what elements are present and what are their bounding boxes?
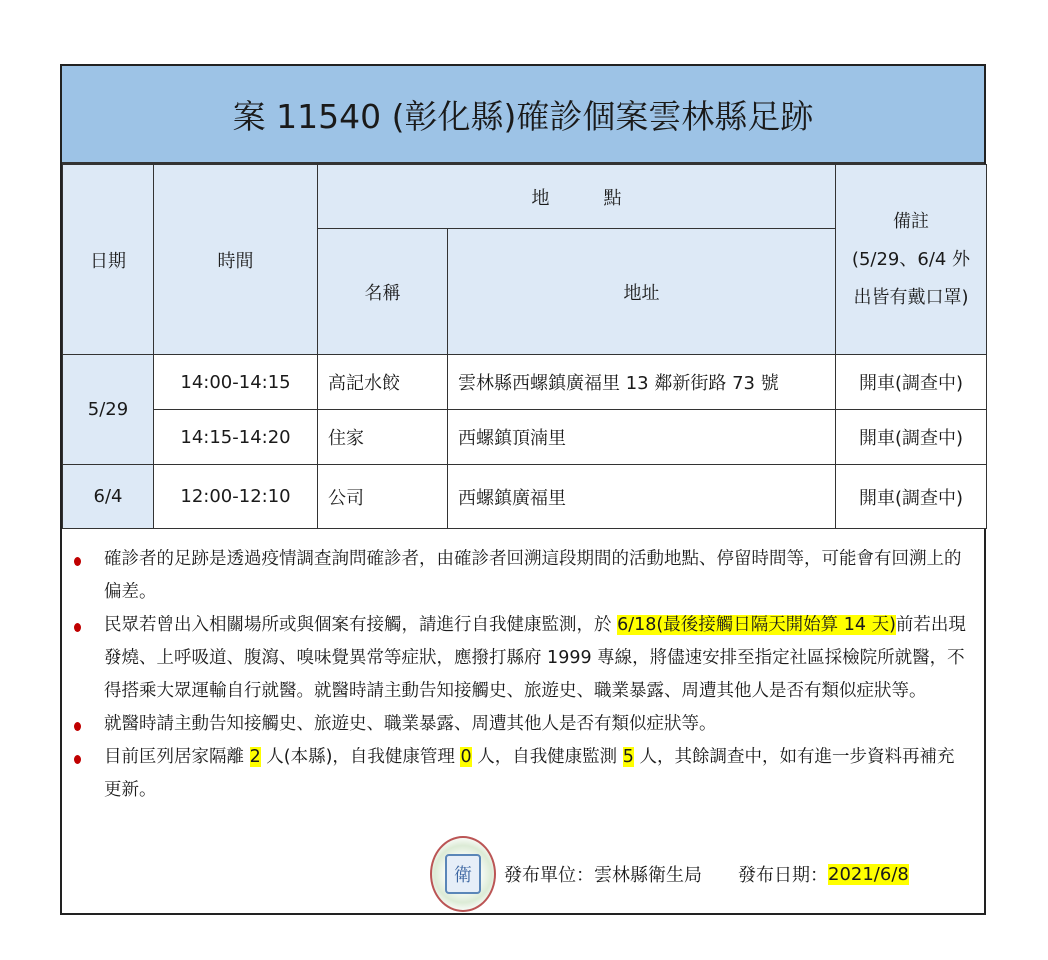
bullet-icon [74, 623, 81, 632]
address-cell: 西螺鎮廣福里 [448, 465, 836, 529]
header-date: 日期 [63, 165, 154, 355]
bullet-icon [74, 722, 81, 731]
address-cell: 雲林縣西螺鎮廣福里 13 鄰新街路 73 號 [448, 355, 836, 410]
time-cell: 12:00-12:10 [154, 465, 318, 529]
footprint-table: 日期 時間 地 點 備註 (5/29、6/4 外 出皆有戴口罩) 名稱 地址 5… [62, 164, 987, 529]
header-time: 時間 [154, 165, 318, 355]
page-title: 案 11540 (彰化縣)確診個案雲林縣足跡 [62, 66, 984, 164]
publish-date: 2021/6/8 [828, 864, 909, 885]
isolation-count: 2 [250, 747, 261, 767]
health-bureau-seal-icon: 衛 [430, 836, 496, 912]
publisher-footer: 衛 發布單位：雲林縣衛生局 發布日期：2021/6/8 [430, 836, 909, 912]
header-address: 地址 [448, 229, 836, 355]
publisher-label: 發布單位：雲林縣衛生局 [504, 861, 702, 887]
name-cell: 高記水餃 [318, 355, 448, 410]
remark-cell: 開車(調查中) [836, 465, 987, 529]
note-text: 人(本縣)，自我健康管理 [261, 747, 461, 767]
table-row: 5/29 14:00-14:15 高記水餃 雲林縣西螺鎮廣福里 13 鄰新街路 … [63, 355, 987, 410]
note-text: 就醫時請主動告知接觸史、旅遊史、職業暴露、周遭其他人是否有類似症狀等。 [104, 714, 717, 734]
highlighted-date: 6/18(最後接觸日隔天開始算 14 天) [617, 615, 896, 635]
note-item: 確診者的足跡是透過疫情調查詢問確診者，由確診者回溯這段期間的活動地點、停留時間等… [74, 543, 984, 609]
remark-note-line1: (5/29、6/4 外 [836, 241, 986, 279]
table-row: 6/4 12:00-12:10 公司 西螺鎮廣福里 開車(調查中) [63, 465, 987, 529]
remark-cell: 開車(調查中) [836, 355, 987, 410]
health-monitoring-count: 5 [623, 747, 634, 767]
remark-cell: 開車(調查中) [836, 410, 987, 465]
notes-list: 確診者的足跡是透過疫情調查詢問確診者，由確診者回溯這段期間的活動地點、停留時間等… [62, 529, 984, 807]
table-row: 14:15-14:20 住家 西螺鎮頂湳里 開車(調查中) [63, 410, 987, 465]
date-cell: 5/29 [63, 355, 154, 465]
header-name: 名稱 [318, 229, 448, 355]
date-cell: 6/4 [63, 465, 154, 529]
note-text: 確診者的足跡是透過疫情調查詢問確診者，由確診者回溯這段期間的活動地點、停留時間等… [104, 549, 962, 602]
seal-glyph: 衛 [445, 854, 481, 894]
remark-title: 備註 [836, 203, 986, 241]
time-cell: 14:00-14:15 [154, 355, 318, 410]
note-item: 目前匡列居家隔離 2 人(本縣)，自我健康管理 0 人，自我健康監測 5 人，其… [74, 741, 984, 807]
header-location: 地 點 [318, 165, 836, 229]
bullet-icon [74, 557, 81, 566]
note-item: 就醫時請主動告知接觸史、旅遊史、職業暴露、周遭其他人是否有類似症狀等。 [74, 708, 984, 741]
time-cell: 14:15-14:20 [154, 410, 318, 465]
name-cell: 住家 [318, 410, 448, 465]
remark-note-line2: 出皆有戴口罩) [836, 279, 986, 317]
note-text: 民眾若曾出入相關場所或與個案有接觸，請進行自我健康監測，於 [104, 615, 617, 635]
address-cell: 西螺鎮頂湳里 [448, 410, 836, 465]
name-cell: 公司 [318, 465, 448, 529]
header-remark: 備註 (5/29、6/4 外 出皆有戴口罩) [836, 165, 987, 355]
footprint-notice: 案 11540 (彰化縣)確診個案雲林縣足跡 日期 時間 地 點 備註 (5/2… [60, 64, 986, 915]
health-management-count: 0 [460, 747, 471, 767]
note-text: 人，自我健康監測 [472, 747, 623, 767]
date-label: 發布日期： [738, 861, 828, 887]
note-item: 民眾若曾出入相關場所或與個案有接觸，請進行自我健康監測，於 6/18(最後接觸日… [74, 609, 984, 708]
note-text: 目前匡列居家隔離 [104, 747, 250, 767]
bullet-icon [74, 755, 81, 764]
